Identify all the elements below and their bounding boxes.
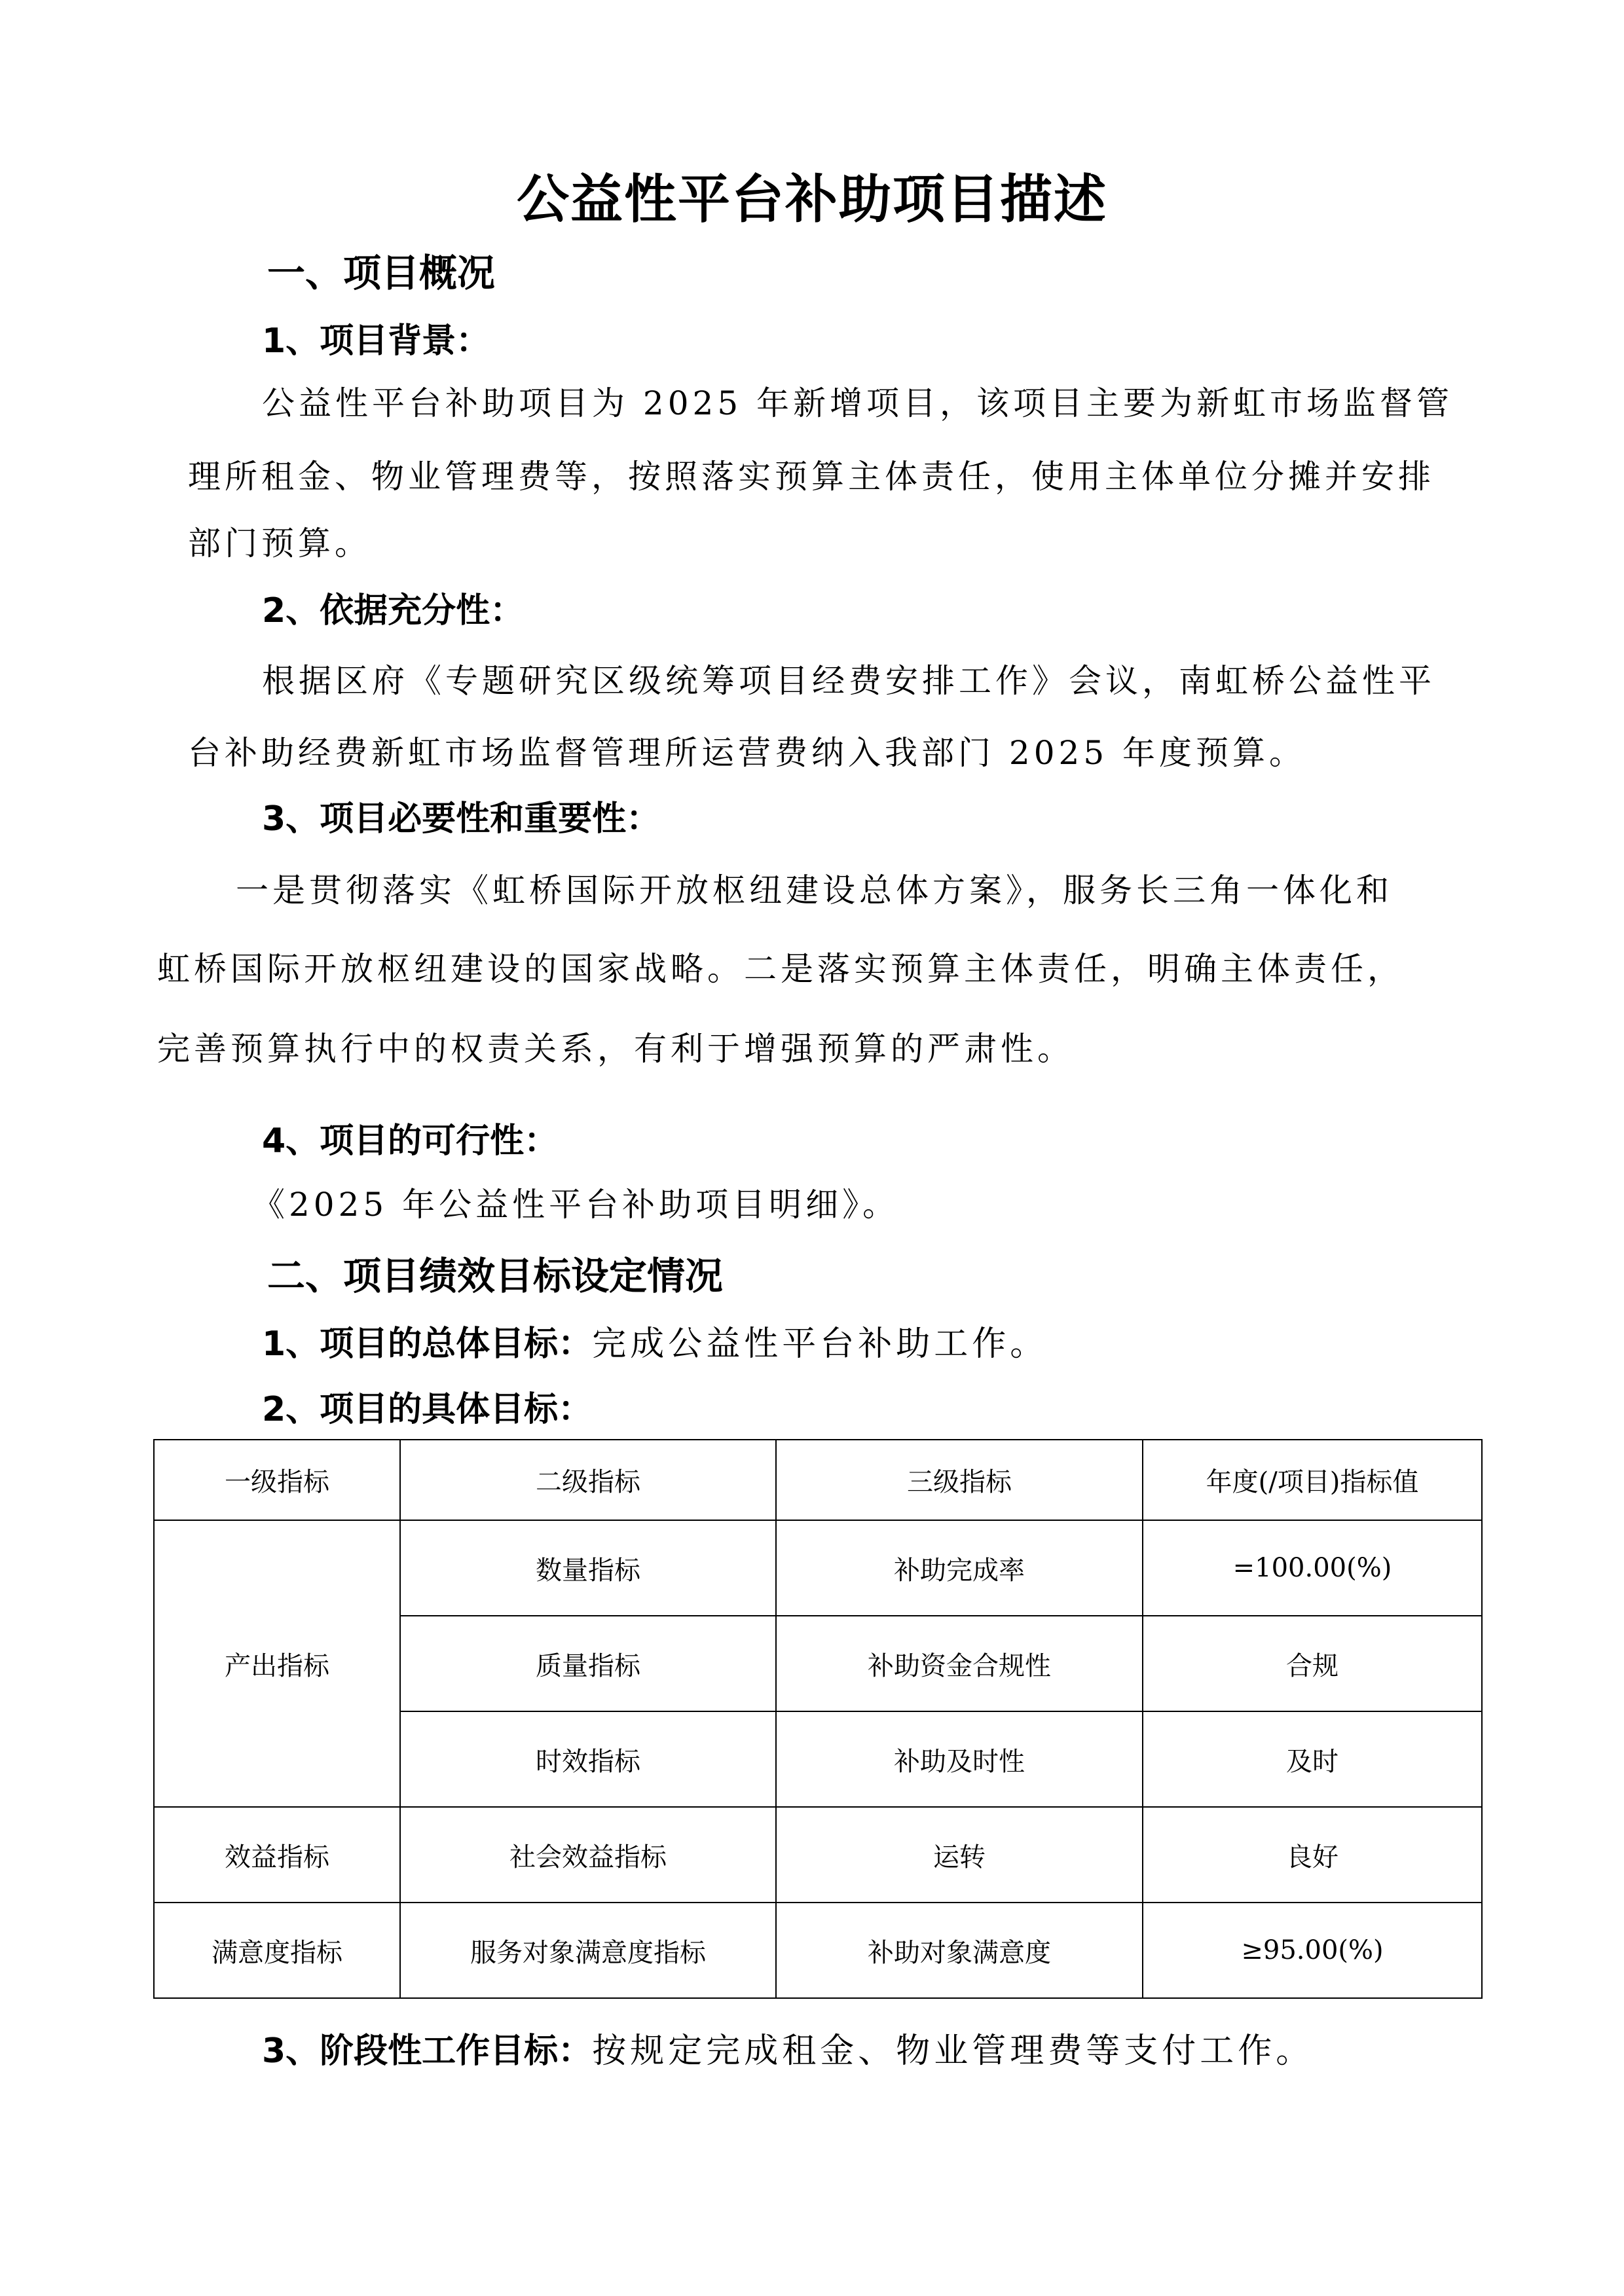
header-level1: 一级指标 — [154, 1440, 400, 1520]
necessity-line-3: 完善预算执行中的权责关系，有利于增强预算的严肃性。 — [157, 1023, 1074, 1070]
necessity-line-1: 一是贯彻落实《虹桥国际开放枢纽建设总体方案》，服务长三角一体化和 — [236, 864, 1393, 911]
cell-level2: 数量指标 — [400, 1520, 776, 1616]
cell-level3: 补助对象满意度 — [776, 1903, 1143, 1998]
cell-level3: 补助完成率 — [776, 1520, 1143, 1616]
background-heading: 1、项目背景： — [262, 313, 490, 362]
cell-value: ≥95.00(%) — [1143, 1903, 1482, 1998]
cell-level3: 补助及时性 — [776, 1711, 1143, 1807]
cell-value: 良好 — [1143, 1807, 1482, 1903]
page-title: 公益性平台补助项目描述 — [0, 157, 1624, 232]
section2-heading: 二、项目绩效目标设定情况 — [267, 1245, 723, 1300]
background-line-3: 部门预算。 — [188, 517, 371, 564]
necessity-heading: 3、项目必要性和重要性： — [262, 791, 660, 840]
feasibility-line-1: 《2025 年公益性平台补助项目明细》。 — [252, 1178, 899, 1226]
stage-goal: 3、阶段性工作目标：按规定完成租金、物业管理费等支付工作。 — [262, 2023, 1314, 2072]
basis-line-1: 根据区府《专题研究区级统筹项目经费安排工作》会议，南虹桥公益性平 — [262, 655, 1435, 702]
cell-value: =100.00(%) — [1143, 1520, 1482, 1616]
table-header-row: 一级指标 二级指标 三级指标 年度(/项目)指标值 — [154, 1440, 1482, 1520]
header-level3: 三级指标 — [776, 1440, 1143, 1520]
basis-heading: 2、依据充分性： — [262, 583, 524, 632]
feasibility-heading: 4、项目的可行性： — [262, 1113, 558, 1162]
overall-goal: 1、项目的总体目标：完成公益性平台补助工作。 — [262, 1316, 1048, 1365]
necessity-line-2: 虹桥国际开放枢纽建设的国家战略。二是落实预算主体责任，明确主体责任， — [157, 943, 1404, 990]
table-row: 满意度指标 服务对象满意度指标 补助对象满意度 ≥95.00(%) — [154, 1903, 1482, 1998]
cell-level1: 满意度指标 — [154, 1903, 400, 1998]
stage-goal-label: 3、阶段性工作目标： — [262, 2032, 592, 2071]
overall-goal-text: 完成公益性平台补助工作。 — [592, 1324, 1048, 1364]
cell-value: 及时 — [1143, 1711, 1482, 1807]
table-row: 效益指标 社会效益指标 运转 良好 — [154, 1807, 1482, 1903]
specific-goal-label: 2、项目的具体目标： — [262, 1381, 592, 1430]
cell-level3: 运转 — [776, 1807, 1143, 1903]
basis-line-2: 台补助经费新虹市场监督管理所运营费纳入我部门 2025 年度预算。 — [188, 727, 1306, 774]
cell-level2: 社会效益指标 — [400, 1807, 776, 1903]
cell-level2: 质量指标 — [400, 1616, 776, 1711]
cell-value: 合规 — [1143, 1616, 1482, 1711]
background-line-1: 公益性平台补助项目为 2025 年新增项目，该项目主要为新虹市场监督管 — [262, 377, 1453, 424]
cell-level2: 时效指标 — [400, 1711, 776, 1807]
performance-targets-table: 一级指标 二级指标 三级指标 年度(/项目)指标值 产出指标 数量指标 补助完成… — [153, 1439, 1483, 1999]
table-row: 产出指标 数量指标 补助完成率 =100.00(%) — [154, 1520, 1482, 1616]
stage-goal-text: 按规定完成租金、物业管理费等支付工作。 — [592, 2032, 1314, 2071]
cell-level1: 产出指标 — [154, 1520, 400, 1807]
header-level2: 二级指标 — [400, 1440, 776, 1520]
header-value: 年度(/项目)指标值 — [1143, 1440, 1482, 1520]
cell-level2: 服务对象满意度指标 — [400, 1903, 776, 1998]
section1-heading: 一、项目概况 — [267, 242, 495, 297]
background-line-2: 理所租金、物业管理费等，按照落实预算主体责任，使用主体单位分摊并安排 — [188, 450, 1435, 498]
cell-level3: 补助资金合规性 — [776, 1616, 1143, 1711]
overall-goal-label: 1、项目的总体目标： — [262, 1324, 592, 1364]
cell-level1: 效益指标 — [154, 1807, 400, 1903]
